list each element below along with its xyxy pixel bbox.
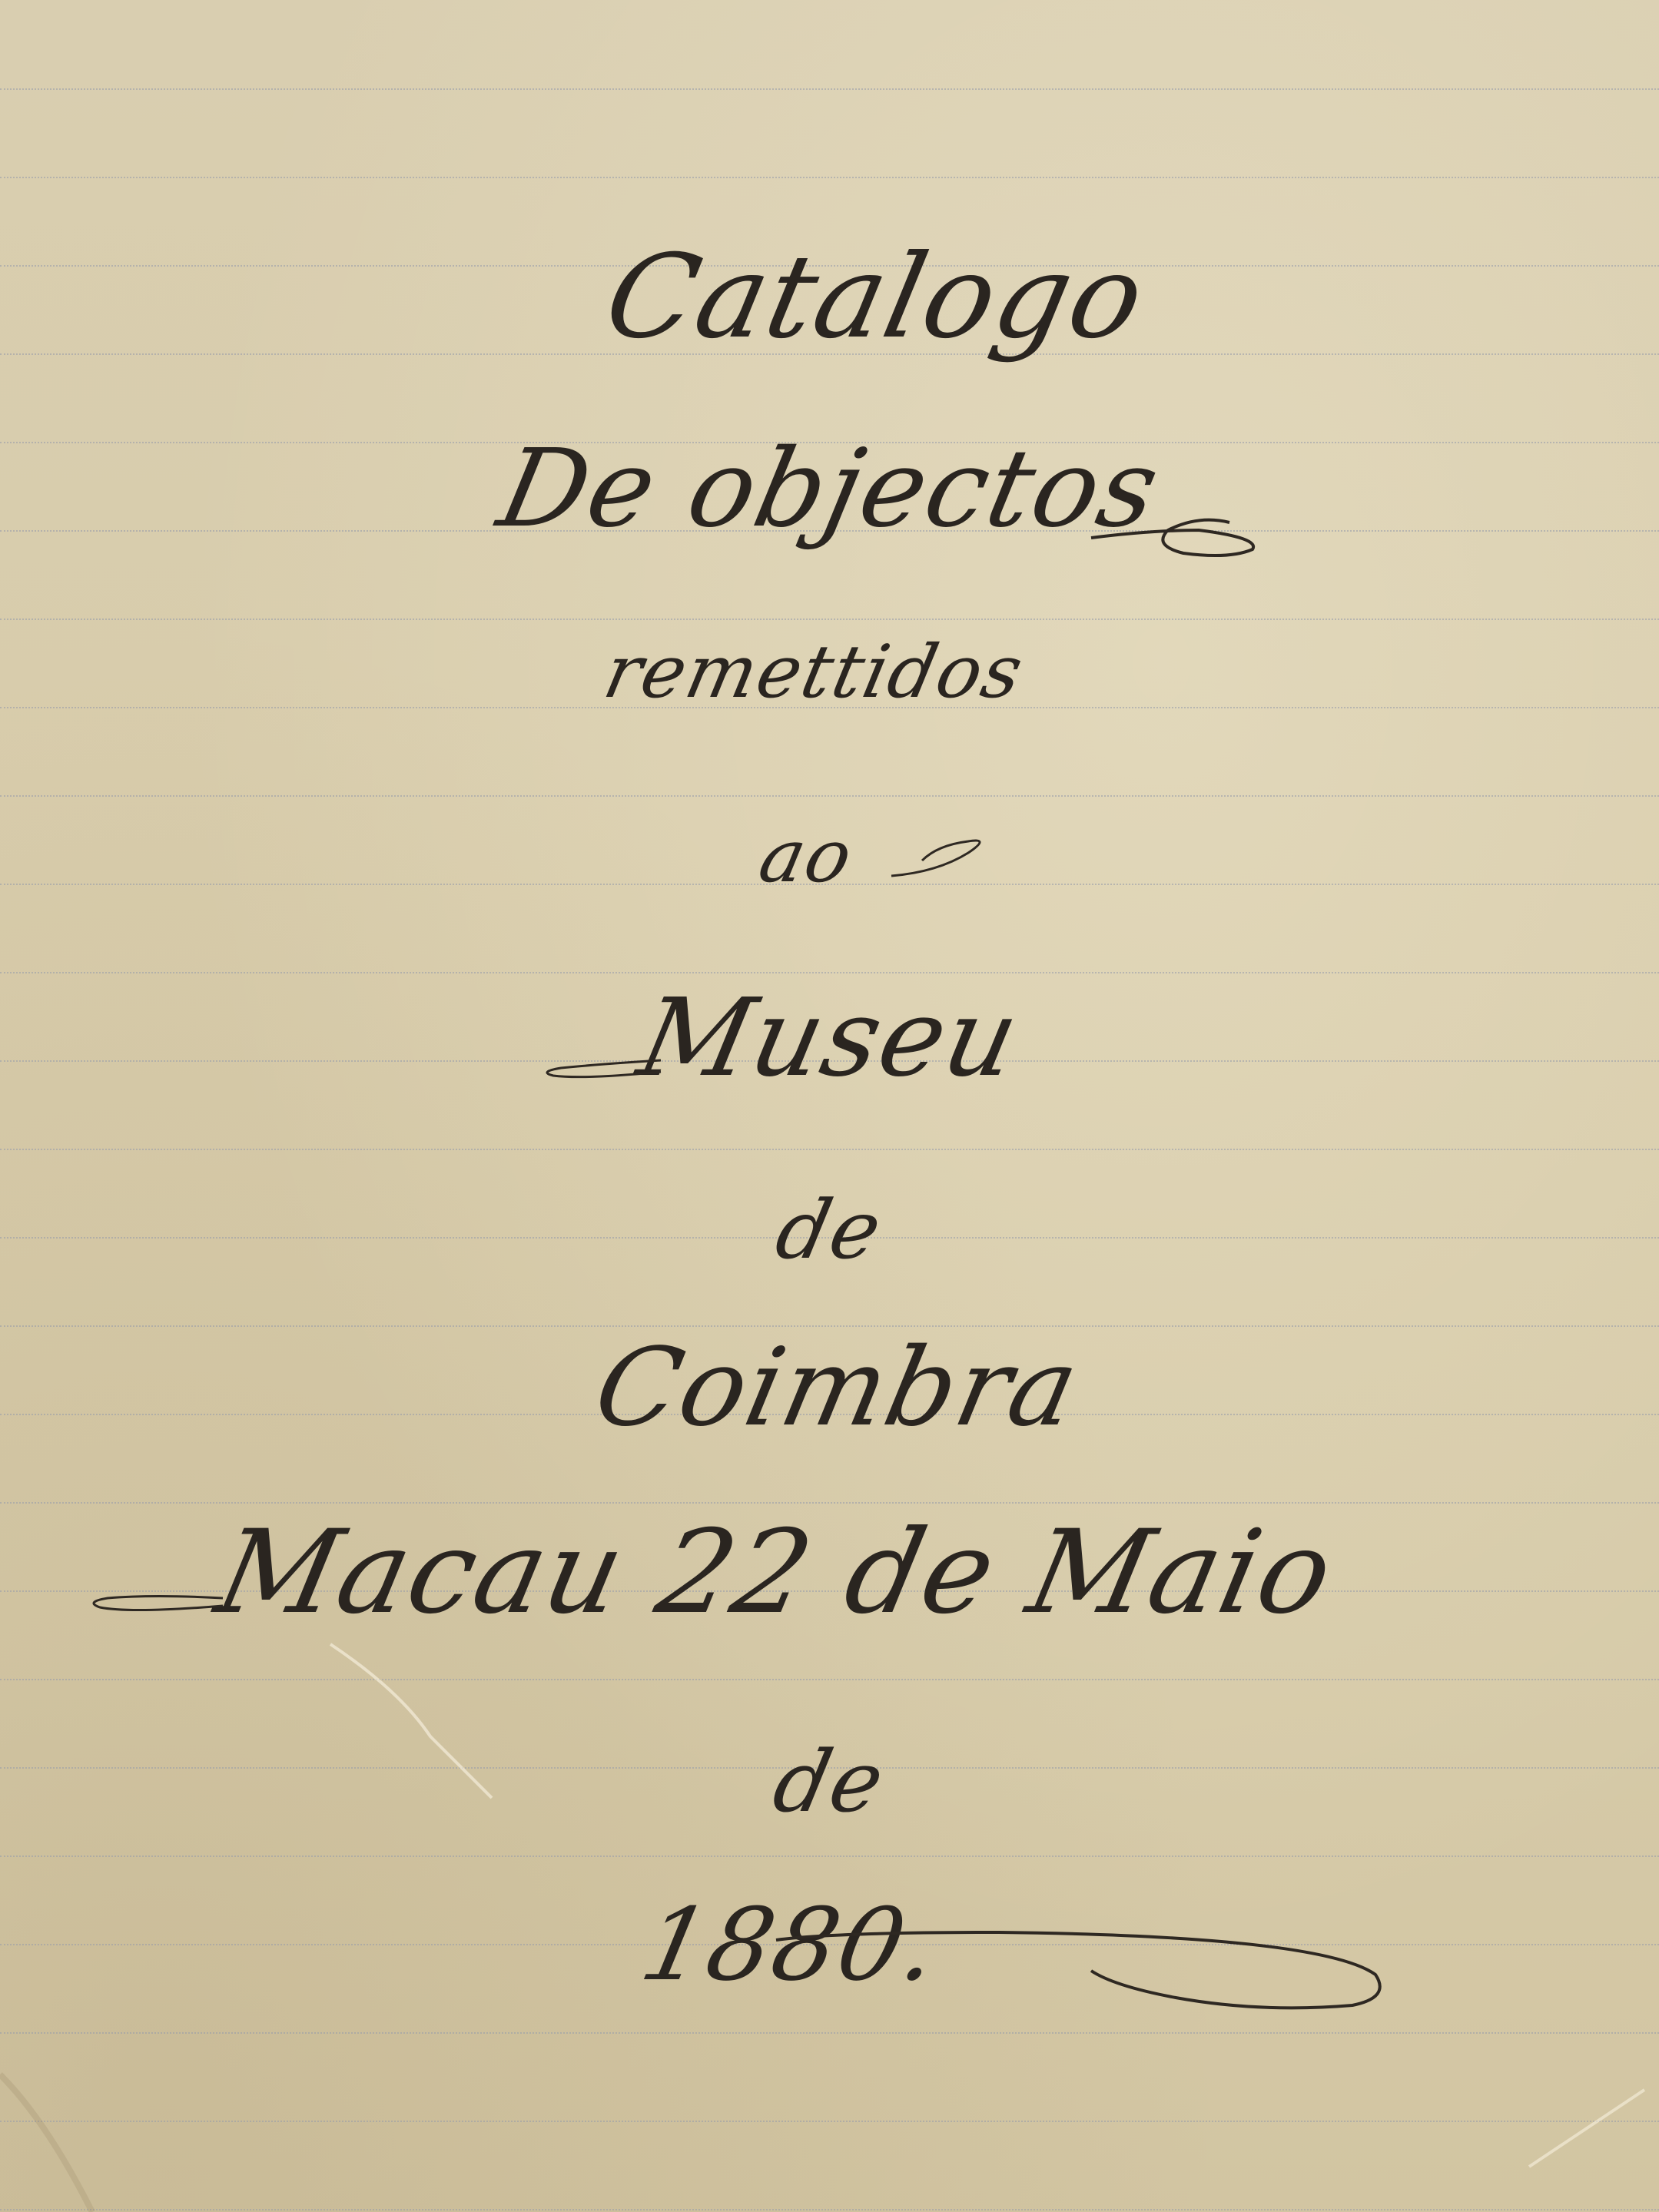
rule-line bbox=[0, 88, 1659, 90]
rule-line bbox=[0, 177, 1659, 178]
rule-line bbox=[0, 1855, 1659, 1857]
rule-line bbox=[0, 2121, 1659, 2122]
rule-line bbox=[0, 1502, 1659, 1504]
line-remettidos: remettidos bbox=[0, 630, 1653, 715]
line-macau-date: Macau 22 de Maio bbox=[0, 1506, 1619, 1640]
line-coimbra: Coimbra bbox=[0, 1325, 1659, 1451]
line-de-2: de bbox=[0, 1733, 1659, 1831]
line-de-objectos: De objectos bbox=[0, 426, 1659, 552]
line-de-1: de bbox=[0, 1183, 1659, 1277]
title-catalogo: Catalogo bbox=[32, 230, 1659, 364]
line-year: 1880. bbox=[0, 1886, 1633, 2003]
rule-line bbox=[0, 972, 1659, 973]
manuscript-page: Catalogo De objectos remettidos ao Museu… bbox=[0, 0, 1659, 2212]
line-museu: Museu bbox=[0, 976, 1659, 1101]
rule-line bbox=[0, 2032, 1659, 2034]
line-ao: ao bbox=[0, 814, 1645, 899]
rule-line bbox=[0, 618, 1659, 620]
rule-line bbox=[0, 2209, 1659, 2210]
rule-line bbox=[0, 795, 1659, 797]
rule-line bbox=[0, 1149, 1659, 1150]
rule-line bbox=[0, 1679, 1659, 1680]
